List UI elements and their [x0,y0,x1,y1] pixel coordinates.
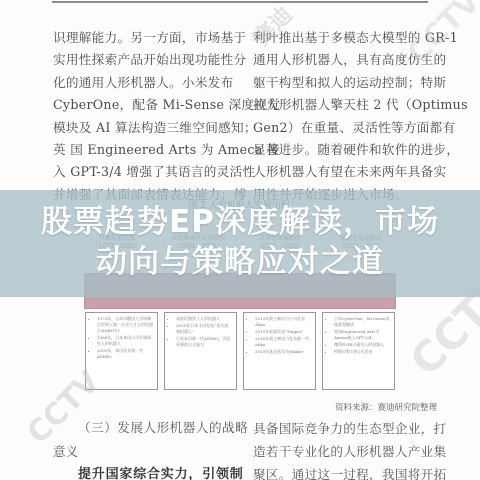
headline-line-1: 股票趋势EP深度解读，市场 [0,202,480,242]
headline-line-2: 动向与策略应对之道 [0,242,480,282]
bold-subheading: 提升国家综合实力，引领制 [78,463,244,480]
phase-card: 1973年，日本早稻田大学研制出世界上第一台全尺寸人形机器人WABOT-1 19… [85,312,158,390]
text-line: 识理解能力。另一方面，市场基于 [53,27,225,49]
phase-card: 该阶段聚焦于人形机器人 2005年日本丰田发布“音乐演奏机器人” 日本本田新一代… [164,312,237,390]
text-line: 通用人形机器人，具有高度仿生的 [253,49,428,71]
text-line: CyberOne，配备 Mi-Sense 深度视觉 [53,94,225,116]
text-line: 模块及 AI 算法构造三维空间感知； [53,117,225,139]
headline-banner: 股票趋势EP深度解读，市场 动向与策略应对之道 [0,190,480,297]
right-text-column: 利叶推出基于多模态大模型的 GR-1 通用人形机器人，具有高度仿生的 躯干构型和… [253,27,428,206]
text-line: 化的通用人形机器人。小米发布 [53,72,225,94]
phase-card: 小米CyberOne、Mi-Sense深度视觉模块 英国Engineered A… [322,312,395,390]
text-line: Gen2）在重量、灵活性等方面都有 [253,117,428,139]
text-line: 英 国 Engineered Arts 为 Ameca 接 [53,139,225,161]
section-heading-continued: 意义 [53,441,78,460]
text-line: 利叶推出基于多模态大模型的 GR-1 [253,27,428,49]
text-line: 具备国际竞争力的生态型企业，打 [253,417,446,440]
text-line: 躯干构型和拟人的运动控制；特斯 [253,72,428,94]
text-line: 拉人形机器人擎天柱 2 代（Optimus [253,94,428,116]
text-line: 聚区。通过这一过程，我国将开拓 [253,463,446,480]
phase-card: 2013年波士顿动力公司发布Atlas 2015年软银发布“Pepper” 20… [243,312,316,390]
text-line: 实用性探索产品开始出现功能性分 [53,49,225,71]
section-heading: （三）发展人形机器人的战略 [78,417,248,436]
figure-source-caption: 资料来源：赛迪研究院整理 [335,401,437,413]
left-text-column: 识理解能力。另一方面，市场基于 实用性探索产品开始出现功能性分 化的通用人形机器… [53,27,225,206]
phase-cards: 1973年，日本早稻田大学研制出世界上第一台全尺寸人形机器人WABOT-1 19… [85,312,395,390]
top-rule-divider [52,1,428,3]
text-line: 显著进步。随着硬件和软件的进步， [253,139,428,161]
text-line: 人形机器人有望在未来两年具备实 [253,161,428,183]
text-line: 造若干专业化的人形机器人产业集 [253,440,446,463]
right-bottom-text: 具备国际竞争力的生态型企业，打 造若干专业化的人形机器人产业集 聚区。通过这一过… [253,417,446,480]
text-line: 入 GPT-3/4 增强了其语言的灵活性 [53,161,225,183]
